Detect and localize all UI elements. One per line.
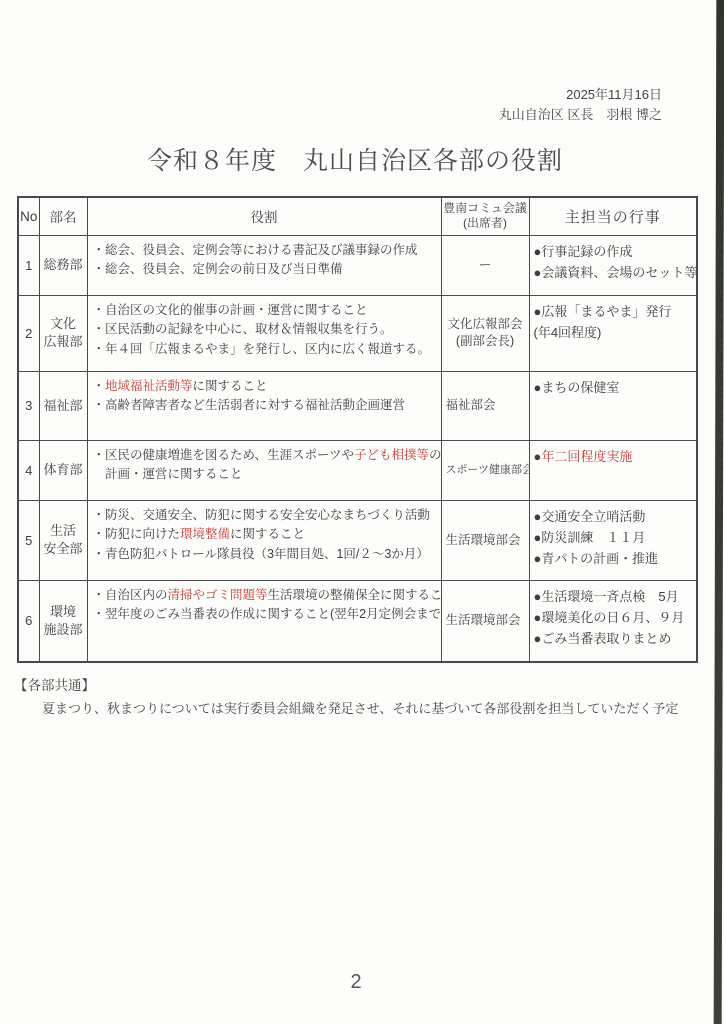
dept-line: 総務部: [40, 256, 87, 274]
cell-council: スポーツ健康部会: [441, 440, 529, 500]
role-line: ・区民の健康増進を図るため、生涯スポーツや子ども相撲等の: [93, 446, 439, 466]
council-line: (副部会長): [442, 333, 529, 350]
role-line: ・自治区内の清掃やゴミ問題等生活環境の整備保全に関すること: [93, 586, 439, 606]
cell-dept: 総務部: [39, 235, 87, 295]
text-run: に関すること: [193, 379, 268, 393]
text-run: ・高齢者障害者など生活弱者に対する福祉活動企画運営: [93, 398, 406, 412]
cell-dept: 体育部: [39, 440, 87, 500]
event-line: ●生活環境一斉点検 5月: [534, 586, 696, 607]
header-row: No 部名 役割 豊南コミュ会議 (出席者) 主担当の行事: [18, 197, 697, 235]
dept-line: 生活: [40, 522, 87, 540]
text-run: 計画・運営に関すること: [93, 467, 243, 481]
common-notes: 【各部共通】 夏まつり、秋まつりについては実行委員会組織を発足させ、それに基づい…: [14, 676, 678, 719]
role-line: ・自治区の文化的催事の計画・運営に関すること: [93, 301, 439, 321]
text-run: ・防犯に向けた: [93, 527, 181, 541]
highlighted-text: 子ども相撲等: [354, 448, 429, 462]
text-run: ・区民活動の記録を中心に、取材＆情報収集を行う。: [93, 322, 393, 336]
table-row: 2文化広報部・自治区の文化的催事の計画・運営に関すること・区民活動の記録を中心に…: [18, 295, 697, 371]
document-issuer: 丸山自治区 区長 羽根 博之: [499, 105, 662, 125]
document-title: 令和８年度 丸山自治区各部の役割: [0, 141, 710, 177]
cell-roles: ・地域福祉活動等に関すること・高齢者障害者など生活弱者に対する福祉活動企画運営: [87, 371, 441, 440]
table-row: 5生活安全部・防災、交通安全、防犯に関する安全安心なまちづくり活動・防犯に向けた…: [18, 500, 697, 580]
col-header-events: 主担当の行事: [529, 197, 697, 235]
notes-heading: 【各部共通】: [14, 676, 678, 696]
roles-table-header: No 部名 役割 豊南コミュ会議 (出席者) 主担当の行事: [18, 197, 697, 235]
cell-roles: ・自治区の文化的催事の計画・運営に関すること・区民活動の記録を中心に、取材＆情報…: [87, 295, 441, 371]
table-row: 6環境施設部・自治区内の清掃やゴミ問題等生活環境の整備保全に関すること・翌年度の…: [18, 580, 697, 662]
document-meta: 2025年11月16日 丸山自治区 区長 羽根 博之: [499, 85, 662, 125]
text-run: ●青パトの計画・推進: [534, 551, 659, 566]
text-run: ●行事記録の作成: [534, 244, 633, 259]
col-header-role: 役割: [87, 197, 441, 235]
highlighted-text: 年二回程度実施: [541, 449, 632, 464]
cell-council: ー: [441, 235, 529, 295]
text-run: ・総会、役員会、定例会等における書記及び議事録の作成: [93, 243, 418, 257]
col-header-dept: 部名: [39, 197, 87, 235]
cell-no: 5: [18, 500, 39, 580]
cell-roles: ・区民の健康増進を図るため、生涯スポーツや子ども相撲等の 計画・運営に関すること: [87, 440, 441, 500]
dept-line: 広報部: [40, 333, 87, 351]
cell-events: ●年二回程度実施: [529, 440, 697, 500]
council-line: 生活環境部会: [446, 612, 529, 629]
event-line: ●行事記録の作成: [534, 241, 696, 262]
cell-dept: 環境施設部: [39, 580, 87, 662]
event-line: (年4回程度): [534, 322, 696, 343]
cell-events: ●広報「まるやま」発行(年4回程度): [529, 295, 697, 371]
dept-line: 体育部: [40, 461, 87, 479]
cell-no: 6: [18, 580, 39, 662]
text-run: ・自治区内の: [93, 588, 168, 602]
role-line: ・総会、役員会、定例会等における書記及び議事録の作成: [93, 241, 439, 261]
text-run: の: [429, 448, 441, 462]
page-number: 2: [0, 971, 712, 994]
document-date: 2025年11月16日: [499, 85, 662, 105]
cell-no: 4: [18, 440, 39, 500]
col-header-no: No: [18, 197, 39, 235]
cell-events: ●交通安全立哨活動●防災訓練 １１月●青パトの計画・推進: [529, 500, 697, 580]
text-run: ●会議資料、会場のセット等: [534, 265, 698, 280]
role-line: ・高齢者障害者など生活弱者に対する福祉活動企画運営: [93, 396, 439, 416]
table-row: 4体育部・区民の健康増進を図るため、生涯スポーツや子ども相撲等の 計画・運営に関…: [18, 440, 697, 500]
dept-line: 文化: [40, 315, 87, 333]
event-line: ●まちの保健室: [534, 377, 696, 398]
event-line: ●ごみ当番表取りまとめ: [534, 628, 696, 649]
col-header-council-sub: (出席者): [442, 216, 529, 231]
cell-council: 福祉部会: [441, 371, 529, 440]
council-line: 福祉部会: [446, 397, 529, 414]
council-line: 文化広報部会: [442, 316, 529, 333]
role-line: ・地域福祉活動等に関すること: [93, 377, 439, 397]
highlighted-text: 地域福祉活動等: [105, 379, 193, 393]
cell-roles: ・自治区内の清掃やゴミ問題等生活環境の整備保全に関すること・翌年度のごみ当番表の…: [87, 580, 441, 662]
text-run: ・青色防犯パトロール隊員役（3年間目処、1回/２～3か月）: [93, 547, 429, 561]
role-line: ・防災、交通安全、防犯に関する安全安心なまちづくり活動: [93, 506, 439, 526]
text-run: ・: [93, 379, 106, 393]
dept-line: 安全部: [40, 540, 87, 558]
cell-events: ●生活環境一斉点検 5月●環境美化の日６月、９月●ごみ当番表取りまとめ: [529, 580, 697, 662]
highlighted-text: 清掃やゴミ問題等: [168, 588, 268, 602]
cell-dept: 福祉部: [39, 371, 87, 440]
text-run: ・総会、役員会、定例会の前日及び当日準備: [93, 262, 343, 276]
text-run: に関すること: [230, 527, 305, 541]
highlighted-text: 環境整備: [180, 527, 230, 541]
cell-council: 生活環境部会: [441, 500, 529, 580]
text-run: ●広報「まるやま」発行: [534, 304, 672, 319]
event-line: ●環境美化の日６月、９月: [534, 607, 696, 628]
cell-events: ●まちの保健室: [529, 371, 697, 440]
notes-body: 夏まつり、秋まつりについては実行委員会組織を発足させ、それに基づいて各部役割を担…: [14, 699, 678, 719]
col-header-council-main: 豊南コミュ会議: [442, 201, 529, 216]
event-line: ●広報「まるやま」発行: [534, 301, 696, 322]
text-run: 生活環境の整備保全に関すること: [268, 588, 441, 602]
table-row: 1総務部・総会、役員会、定例会等における書記及び議事録の作成・総会、役員会、定例…: [18, 235, 697, 295]
cell-no: 2: [18, 295, 39, 371]
role-line: ・防犯に向けた環境整備に関すること: [93, 525, 439, 545]
col-header-council: 豊南コミュ会議 (出席者): [441, 197, 529, 235]
dept-line: 施設部: [40, 621, 87, 639]
text-run: ・翌年度のごみ当番表の作成に関すること(翌年2月定例会まで): [93, 607, 442, 621]
role-line: ・総会、役員会、定例会の前日及び当日準備: [93, 260, 439, 280]
event-line: ●年二回程度実施: [534, 446, 696, 467]
text-run: ●交通安全立哨活動: [534, 509, 646, 524]
cell-events: ●行事記録の作成●会議資料、会場のセット等: [529, 235, 697, 295]
text-run: ・防災、交通安全、防犯に関する安全安心なまちづくり活動: [93, 508, 430, 522]
cell-roles: ・総会、役員会、定例会等における書記及び議事録の作成・総会、役員会、定例会の前日…: [87, 235, 441, 295]
cell-roles: ・防災、交通安全、防犯に関する安全安心なまちづくり活動・防犯に向けた環境整備に関…: [87, 500, 441, 580]
text-run: ●まちの保健室: [534, 380, 620, 395]
event-line: ●青パトの計画・推進: [534, 548, 696, 569]
dept-line: 環境: [40, 603, 87, 621]
role-line: ・翌年度のごみ当番表の作成に関すること(翌年2月定例会まで): [93, 605, 439, 625]
cell-dept: 生活安全部: [39, 500, 87, 580]
scanner-edge-artifact: [714, 0, 724, 1024]
table-row: 3福祉部・地域福祉活動等に関すること・高齢者障害者など生活弱者に対する福祉活動企…: [18, 371, 697, 440]
council-line: 生活環境部会: [446, 532, 529, 549]
role-line: ・青色防犯パトロール隊員役（3年間目処、1回/２～3か月）: [93, 545, 439, 565]
event-line: ●会議資料、会場のセット等: [534, 262, 696, 283]
event-line: ●交通安全立哨活動: [534, 506, 696, 527]
text-run: ●ごみ当番表取りまとめ: [534, 631, 672, 646]
council-line: スポーツ健康部会: [446, 462, 529, 479]
text-run: (年4回程度): [534, 325, 602, 340]
cell-council: 生活環境部会: [441, 580, 529, 662]
text-run: ・自治区の文化的催事の計画・運営に関すること: [93, 303, 368, 317]
text-run: ●環境美化の日６月、９月: [534, 610, 685, 625]
role-line: 計画・運営に関すること: [93, 465, 439, 485]
cell-no: 1: [18, 235, 39, 295]
cell-no: 3: [18, 371, 39, 440]
text-run: ●防災訓練 １１月: [534, 530, 646, 545]
cell-council: 文化広報部会(副部会長): [441, 295, 529, 371]
dept-line: 福祉部: [40, 397, 87, 415]
role-line: ・区民活動の記録を中心に、取材＆情報収集を行う。: [93, 320, 439, 340]
text-run: ●生活環境一斉点検 5月: [534, 589, 679, 604]
role-line: ・年４回「広報まるやま」を発行し、区内に広く報道する。: [93, 340, 439, 360]
scanned-document-page: 2025年11月16日 丸山自治区 区長 羽根 博之 令和８年度 丸山自治区各部…: [0, 0, 724, 1024]
text-run: ・区民の健康増進を図るため、生涯スポーツや: [93, 448, 355, 462]
council-line: ー: [442, 257, 529, 274]
roles-table-body: 1総務部・総会、役員会、定例会等における書記及び議事録の作成・総会、役員会、定例…: [18, 235, 697, 662]
event-line: ●防災訓練 １１月: [534, 527, 696, 548]
text-run: ・年４回「広報まるやま」を発行し、区内に広く報道する。: [93, 342, 431, 356]
roles-table: No 部名 役割 豊南コミュ会議 (出席者) 主担当の行事 1総務部・総会、役員…: [17, 196, 698, 663]
cell-dept: 文化広報部: [39, 295, 87, 371]
